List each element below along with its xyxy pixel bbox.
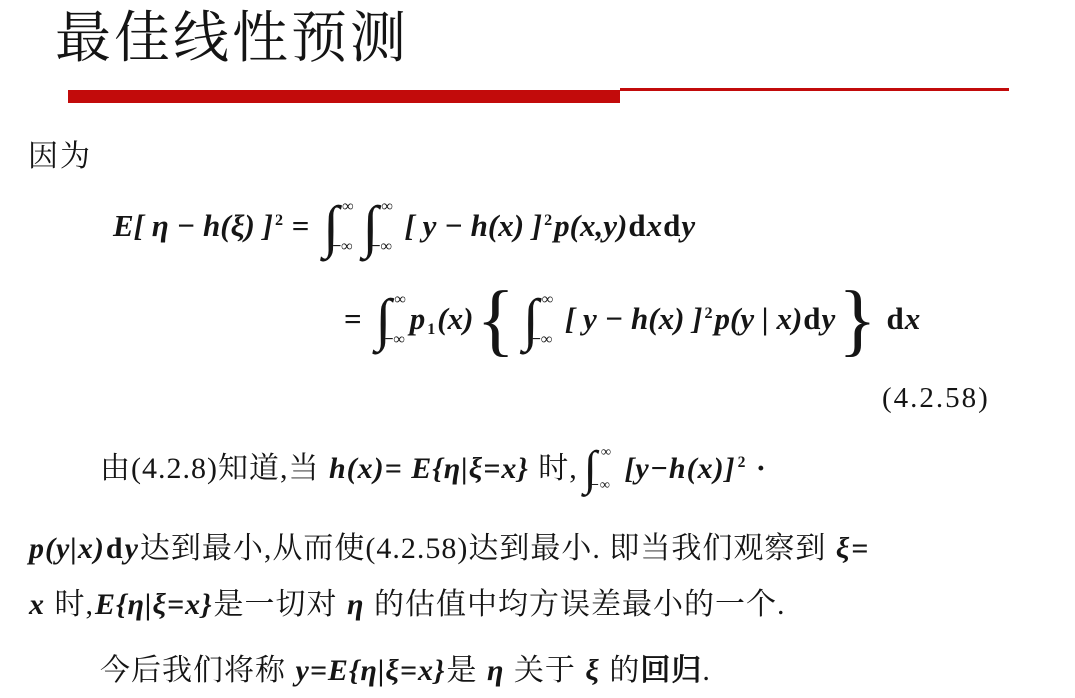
text-segment: =	[284, 208, 317, 243]
integral-sign: ∫∞−∞	[523, 291, 553, 349]
integral-lower-limit: −∞	[532, 332, 553, 348]
text-segment: y	[821, 301, 837, 336]
integral-lower-limit: −∞	[591, 479, 612, 493]
text-segment: 2	[703, 305, 713, 322]
text-segment: ·	[747, 452, 767, 485]
text-segment: p(y | x)	[714, 301, 804, 336]
paragraph-line-2: p(y|x)dy达到最小,从而使(4.2.58)达到最小. 即当我们观察到 ξ=	[28, 523, 870, 567]
text-segment: 2	[274, 212, 284, 229]
integral-limits: ∞−∞	[336, 199, 353, 255]
text-segment: y=E{η|ξ=x}	[295, 654, 447, 687]
slide: { "slide": { "title": "最佳线性预测", "intro_l…	[0, 0, 1075, 698]
integral-limits: ∞−∞	[388, 292, 405, 348]
integral-lower-limit: −∞	[371, 239, 392, 255]
text-segment: x	[904, 301, 922, 336]
integral-sign: ∫∞−∞	[323, 198, 353, 256]
text-segment: 的	[601, 654, 641, 687]
text-segment: 关于	[505, 654, 584, 687]
text-segment: 时,	[530, 452, 578, 485]
text-segment: 是一切对	[214, 588, 347, 621]
text-segment: 今后我们将称	[100, 654, 295, 687]
integral-lower-limit: −∞	[332, 239, 353, 255]
text-segment: d	[663, 208, 680, 243]
integral-upper-limit: ∞	[342, 199, 353, 215]
text-segment: 1	[426, 321, 436, 338]
integral-limits: ∞−∞	[595, 446, 612, 493]
text-segment: .	[702, 654, 711, 687]
text-segment: 2	[737, 454, 748, 471]
text-segment: d	[879, 301, 904, 336]
text-segment: p(x,y)	[553, 208, 628, 243]
text-segment: E[ η − h(ξ) ]	[112, 208, 274, 243]
text-segment: x	[28, 588, 46, 621]
text-segment: y	[124, 532, 140, 565]
integral-limits: ∞−∞	[375, 199, 392, 255]
equation-line-1: E[ η − h(ξ) ]2 = ∫∞−∞∫∞−∞ [ y − h(x) ]2p…	[112, 200, 696, 258]
text-segment: h(x)= E{η|ξ=x}	[328, 452, 530, 485]
text-segment: 的估值中均方误差最小的一个.	[366, 588, 786, 621]
text-segment: 达到最小,从而使(4.2.58)达到最小. 即当我们观察到	[140, 532, 835, 565]
accent-bar-thin	[620, 88, 1009, 91]
text-segment: ξ	[835, 532, 851, 565]
page-title: 最佳线性预测	[55, 4, 409, 74]
text-segment: d	[106, 532, 124, 565]
integral-sign: ∫∞−∞	[362, 198, 392, 256]
text-segment: ξ	[584, 654, 600, 687]
text-segment: x	[646, 208, 664, 243]
text-segment: =	[344, 301, 369, 336]
text-segment: y	[680, 208, 696, 243]
equation-number: (4.2.58)	[882, 382, 990, 415]
integral-upper-limit: ∞	[542, 292, 553, 308]
text-segment: d	[803, 301, 820, 336]
text-segment: =	[851, 532, 869, 565]
text-segment: [y−h(x)]	[615, 452, 737, 485]
text-segment: p	[409, 301, 427, 336]
integral-upper-limit: ∞	[381, 199, 392, 215]
text-segment: (x)	[436, 301, 474, 336]
text-segment: d	[628, 208, 645, 243]
equation-line-2: = ∫∞−∞p1(x){∫∞−∞ [ y − h(x) ]2p(y | x)dy…	[344, 293, 921, 351]
text-segment: p(y|x)	[28, 532, 106, 565]
paragraph-line-4: 今后我们将称 y=E{η|ξ=x}是 η 关于 ξ 的回归.	[100, 645, 711, 689]
integral-upper-limit: ∞	[601, 446, 612, 460]
text-segment: 由(4.2.8)知道,当	[100, 452, 328, 485]
integral-limits: ∞−∞	[536, 292, 553, 348]
paragraph-line-1: 由(4.2.8)知道,当 h(x)= E{η|ξ=x} 时,∫∞−∞ [y−h(…	[100, 443, 767, 495]
integral-upper-limit: ∞	[394, 292, 405, 308]
text-segment: [ y − h(x) ]	[556, 301, 703, 336]
accent-bar-thick	[68, 90, 620, 103]
text-segment: 回归	[640, 654, 702, 687]
text-segment: η	[486, 654, 505, 687]
text-segment: 时,	[46, 588, 94, 621]
intro-label: 因为	[28, 131, 92, 175]
text-segment: η	[346, 588, 365, 621]
integral-lower-limit: −∞	[384, 332, 405, 348]
integral-sign: ∫∞−∞	[584, 445, 612, 493]
integral-sign: ∫∞−∞	[375, 291, 405, 349]
text-segment: E{η|ξ=x}	[94, 588, 214, 621]
paragraph-line-3: x 时,E{η|ξ=x}是一切对 η 的估值中均方误差最小的一个.	[28, 579, 786, 623]
text-segment: [ y − h(x) ]	[396, 208, 543, 243]
text-segment: 是	[446, 654, 486, 687]
text-segment: 2	[543, 212, 553, 229]
